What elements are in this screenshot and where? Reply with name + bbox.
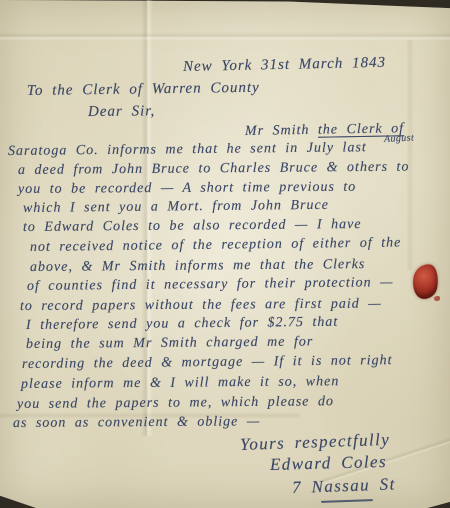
letter-body-line: as soon as convenient & oblige — [13,415,260,431]
interline-insertion: August [384,133,415,145]
salutation: Dear Sir, [88,104,155,120]
wax-seal-fleck [434,296,440,301]
letter-body-line: you send the papers to me, which please … [17,395,334,412]
letter-body-line: you to be recorded — A short time previo… [18,181,356,197]
letter-body-line: please inform me & I will make it so, wh… [21,375,339,392]
letter-body-line: being the sum Mr Smith charged me for [26,335,313,352]
letter-body-line: to record papers without the fees are fi… [20,297,382,314]
signature-address: 7 Nassau St [292,475,396,496]
opening-phrase: Mr Smith the Clerk of [245,122,404,139]
opening-prefix: Mr Smith [245,123,318,139]
scanned-letter: New York 31st March 1843 To the Clerk of… [0,0,450,508]
letter-body-line: above, & Mr Smith informs me that the Cl… [30,258,365,275]
letter-body-line: to Edward Coles to be also recorded — I … [23,218,362,235]
signature: Edward Coles [270,453,387,473]
